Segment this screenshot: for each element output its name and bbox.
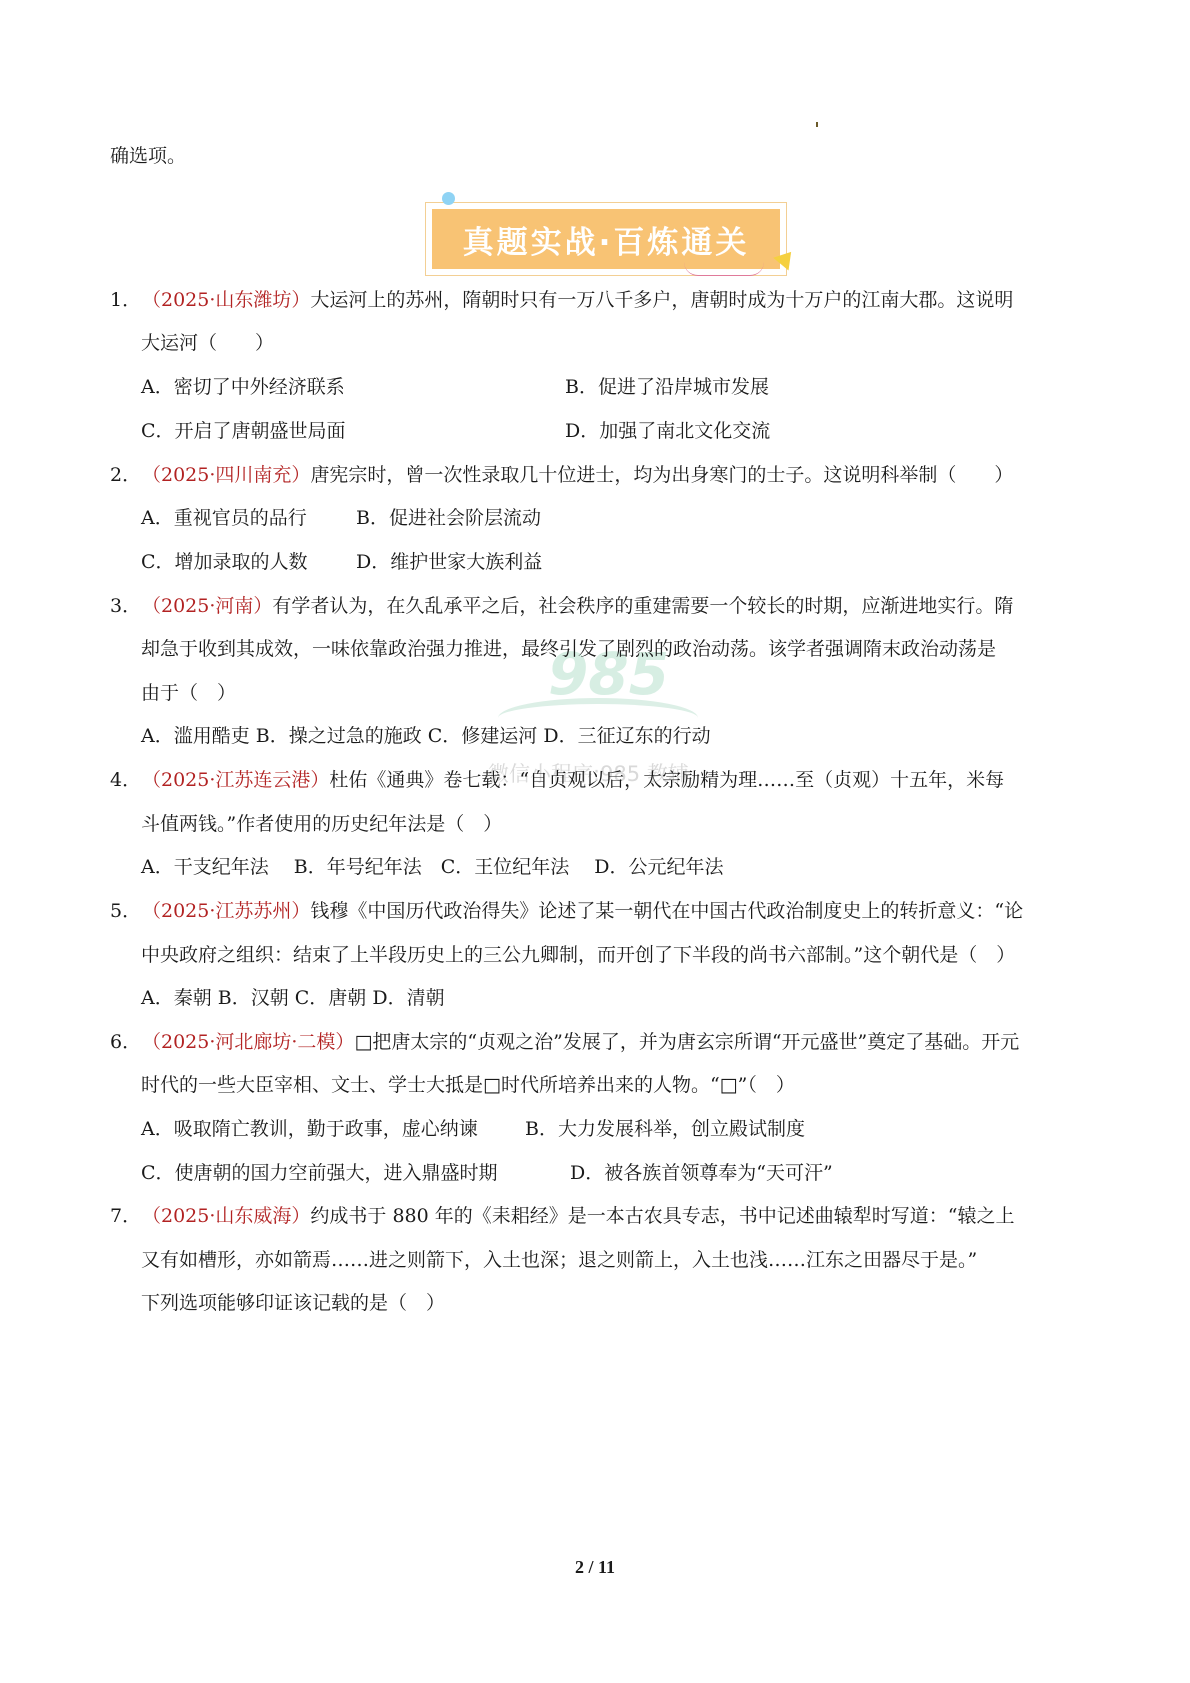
question-4: 4．（2025·江苏连云港）杜佑《通典》卷七载：“自贞观以后，太宗励精为理……至… (110, 767, 1004, 793)
option-a: A．密切了中外经济联系 (141, 374, 345, 400)
banner-dot-icon (442, 192, 455, 205)
option-a: A．重视官员的品行 (141, 505, 307, 531)
question-number: 6． (110, 1029, 142, 1055)
question-text: 杜佑《通典》卷七载：“自贞观以后，太宗励精为理……至（贞观）十五年，米每 (329, 769, 1004, 791)
question-text: 唐宪宗时，曾一次性录取几十位进士，均为出身寒门的士子。这说明科举制（ ） (310, 464, 1013, 486)
question-2: 2．（2025·四川南充）唐宪宗时，曾一次性录取几十位进士，均为出身寒门的士子。… (110, 462, 1013, 488)
question-source: （2025·四川南充） (142, 464, 310, 486)
option-d: D．加强了南北文化交流 (565, 418, 770, 444)
question-text-continued: 却急于收到其成效，一味依靠政治强力推进，最终引发了剧烈的政治动荡。该学者强调隋末… (141, 636, 996, 662)
question-1: 1．（2025·山东潍坊）大运河上的苏州，隋朝时只有一万八千多户，唐朝时成为十万… (110, 287, 1013, 313)
question-text-continued: 又有如槽形，亦如箭焉……进之则箭下，入土也深；退之则箭上，入土也浅……江东之田器… (141, 1247, 977, 1273)
banner-swirl-icon (684, 262, 764, 276)
page-indicator: 2 / 11 (0, 1557, 1190, 1578)
question-source: （2025·江苏连云港） (142, 769, 329, 791)
question-text-continued: 时代的一些大臣宰相、文士、学士大抵是□时代所培养出来的人物。“□”（ ） (141, 1072, 795, 1098)
intro-tail-text: 确选项。 (110, 143, 186, 169)
question-5: 5．（2025·江苏苏州）钱穆《中国历代政治得失》论述了某一朝代在中国古代政治制… (110, 898, 1023, 924)
question-text: 大运河上的苏州，隋朝时只有一万八千多户，唐朝时成为十万户的江南大郡。这说明 (310, 289, 1013, 311)
banner-title: 真题实战·百炼通关 (463, 217, 750, 262)
options-line: A．滥用酷吏 B．操之过急的施政 C．修建运河 D．三征辽东的行动 (141, 723, 711, 749)
question-number: 4． (110, 767, 142, 793)
question-number: 5． (110, 898, 142, 924)
options-line: A．秦朝 B．汉朝 C．唐朝 D．清朝 (141, 985, 445, 1011)
option-d: D．维护世家大族利益 (356, 549, 542, 575)
option-a: A．吸取隋亡教训，勤于政事，虚心纳谏 (141, 1116, 478, 1142)
question-text: 有学者认为，在久乱承平之后，社会秩序的重建需要一个较长的时期，应渐进地实行。隋 (272, 595, 1013, 617)
question-text: 约成书于 880 年的《耒耜经》是一本古农具专志，书中记述曲辕犁时写道：“辕之上 (310, 1205, 1014, 1227)
question-source: （2025·河北廊坊·二模） (142, 1031, 354, 1053)
option-b: B．促进了沿岸城市发展 (565, 374, 769, 400)
options-line: A．干支纪年法 B．年号纪年法 C．王位纪年法 D．公元纪年法 (141, 854, 724, 880)
question-text-continued: 下列选项能够印证该记载的是（ ） (141, 1290, 445, 1316)
question-text: 钱穆《中国历代政治得失》论述了某一朝代在中国古代政治制度史上的转折意义：“论 (310, 900, 1023, 922)
question-source: （2025·山东潍坊） (142, 289, 310, 311)
question-text: □把唐太宗的“贞观之治”发展了，并为唐玄宗所谓“开元盛世”奠定了基础。开元 (354, 1031, 1019, 1053)
question-source: （2025·江苏苏州） (142, 900, 310, 922)
question-source: （2025·河南） (142, 595, 272, 617)
document-page: 确选项。 真题实战·百炼通关 985 微信小程序:985 教辅 1．（2025·… (0, 0, 1190, 1683)
question-number: 1． (110, 287, 142, 313)
question-number: 3． (110, 593, 142, 619)
question-number: 7． (110, 1203, 142, 1229)
page-mark (816, 122, 818, 127)
question-number: 2． (110, 462, 142, 488)
question-text-continued: 由于（ ） (141, 680, 236, 706)
question-text-continued: 中央政府之组织：结束了上半段历史上的三公九卿制，而开创了下半段的尚书六部制。”这… (141, 942, 1015, 968)
option-b: B．促进社会阶层流动 (356, 505, 541, 531)
option-b: B．大力发展科举，创立殿试制度 (525, 1116, 805, 1142)
option-c: C．增加录取的人数 (141, 549, 308, 575)
question-text-continued: 斗值两钱。”作者使用的历史纪年法是（ ） (141, 811, 502, 837)
question-3: 3．（2025·河南）有学者认为，在久乱承平之后，社会秩序的重建需要一个较长的时… (110, 593, 1013, 619)
option-d: D．被各族首领尊奉为“天可汗” (570, 1160, 833, 1186)
question-source: （2025·山东威海） (142, 1205, 310, 1227)
option-c: C．开启了唐朝盛世局面 (141, 418, 346, 444)
question-7: 7．（2025·山东威海）约成书于 880 年的《耒耜经》是一本古农具专志，书中… (110, 1203, 1014, 1229)
question-6: 6．（2025·河北廊坊·二模）□把唐太宗的“贞观之治”发展了，并为唐玄宗所谓“… (110, 1029, 1019, 1055)
option-c: C．使唐朝的国力空前强大，进入鼎盛时期 (141, 1160, 498, 1186)
question-text-continued: 大运河（ ） (141, 330, 274, 356)
